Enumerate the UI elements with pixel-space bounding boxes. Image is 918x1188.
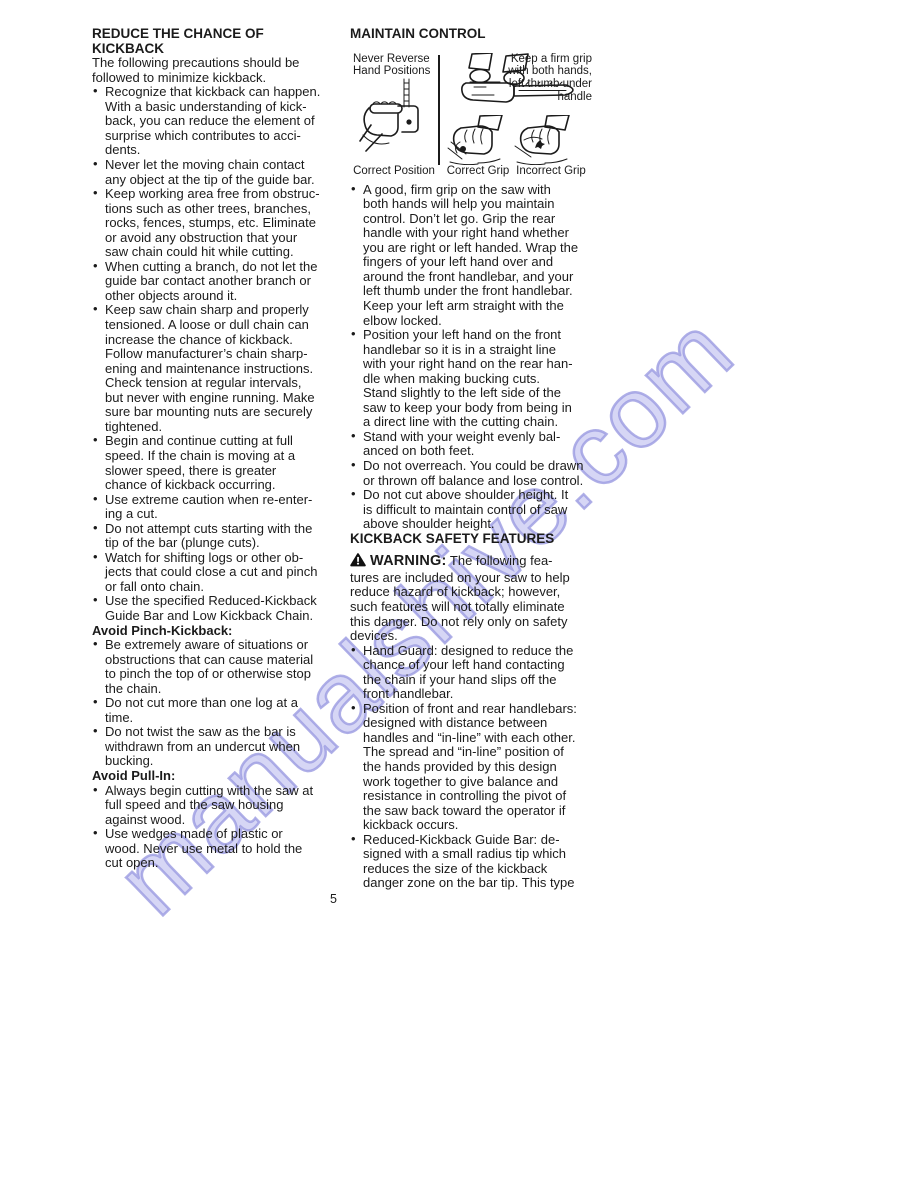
section-heading-kickback-safety: KICKBACK SAFETY FEATURES — [350, 532, 642, 547]
list-item: Do not twist the saw as the bar is withd… — [92, 725, 384, 769]
list-item: A good, firm grip on the saw with both h… — [350, 183, 642, 328]
correct-grip-illustration — [446, 115, 508, 165]
kickback-safety-features-list: Hand Guard: designed to reduce the chanc… — [350, 644, 642, 891]
correct-position-illustration — [358, 77, 436, 163]
pinch-kickback-list: Be extremely aware of situations or obst… — [92, 638, 384, 769]
warning-paragraph: WARNING: The following fea- tures are in… — [350, 553, 642, 643]
figure-caption-correct-grip: Correct Grip — [444, 165, 512, 178]
list-item: Do not attempt cuts starting with the ti… — [92, 522, 384, 551]
figure-label-firm-grip: Keep a firm grip with both hands, left t… — [508, 53, 592, 104]
list-item: Always begin cutting with the saw at ful… — [92, 784, 384, 828]
list-item: Watch for shifting logs or other ob- jec… — [92, 551, 384, 595]
left-column: REDUCE THE CHANCE OF KICKBACK The follow… — [92, 27, 384, 871]
figure-divider — [438, 55, 440, 165]
incorrect-grip-illustration — [513, 115, 575, 165]
list-item: Position of front and rear handlebars: d… — [350, 702, 642, 833]
intro-paragraph: The following precautions should be foll… — [92, 56, 384, 85]
list-item: When cutting a branch, do not let the gu… — [92, 260, 384, 304]
list-item: Do not cut more than one log at a time. — [92, 696, 384, 725]
list-item: Use wedges made of plastic or wood. Neve… — [92, 827, 384, 871]
list-item: Begin and continue cutting at full speed… — [92, 434, 384, 492]
list-item: Do not overreach. You could be drawn or … — [350, 459, 642, 488]
subsection-heading-pull-in: Avoid Pull-In: — [92, 769, 384, 784]
right-column: MAINTAIN CONTROL Never Reverse Hand Posi… — [350, 27, 642, 891]
list-item: Reduced-Kickback Guide Bar: de- signed w… — [350, 833, 642, 891]
warning-triangle-icon — [350, 553, 366, 571]
section-heading-maintain-control: MAINTAIN CONTROL — [350, 27, 642, 42]
subsection-heading-pinch-kickback: Avoid Pinch-Kickback: — [92, 624, 384, 639]
list-item: Use extreme caution when re-enter- ing a… — [92, 493, 384, 522]
figure-caption-incorrect-grip: Incorrect Grip — [510, 165, 592, 178]
list-item: Be extremely aware of situations or obst… — [92, 638, 384, 696]
hand-position-figure: Never Reverse Hand Positions Keep a firm… — [350, 53, 592, 180]
list-item: Do not cut above shoulder height. It is … — [350, 488, 642, 532]
list-item: Use the specified Reduced-Kickback Guide… — [92, 594, 384, 623]
section-heading-reduce-kickback: REDUCE THE CHANCE OF KICKBACK — [92, 27, 384, 56]
warning-label: WARNING: — [370, 553, 447, 569]
list-item: Hand Guard: designed to reduce the chanc… — [350, 644, 642, 702]
list-item: Recognize that kickback can happen. With… — [92, 85, 384, 158]
list-item: Stand with your weight evenly bal- anced… — [350, 430, 642, 459]
maintain-control-list: A good, firm grip on the saw with both h… — [350, 183, 642, 532]
pull-in-list: Always begin cutting with the saw at ful… — [92, 784, 384, 871]
page-number: 5 — [330, 892, 337, 906]
manual-page: manualshive.com REDUCE THE CHANCE OF KIC… — [0, 0, 918, 1188]
figure-caption-correct-position: Correct Position — [350, 165, 438, 178]
list-item: Position your left hand on the front han… — [350, 328, 642, 430]
list-item: Keep saw chain sharp and properly tensio… — [92, 303, 384, 434]
kickback-precautions-list: Recognize that kickback can happen. With… — [92, 85, 384, 623]
figure-label-never-reverse: Never Reverse Hand Positions — [353, 53, 430, 79]
list-item: Never let the moving chain contact any o… — [92, 158, 384, 187]
list-item: Keep working area free from obstruc- tio… — [92, 187, 384, 260]
